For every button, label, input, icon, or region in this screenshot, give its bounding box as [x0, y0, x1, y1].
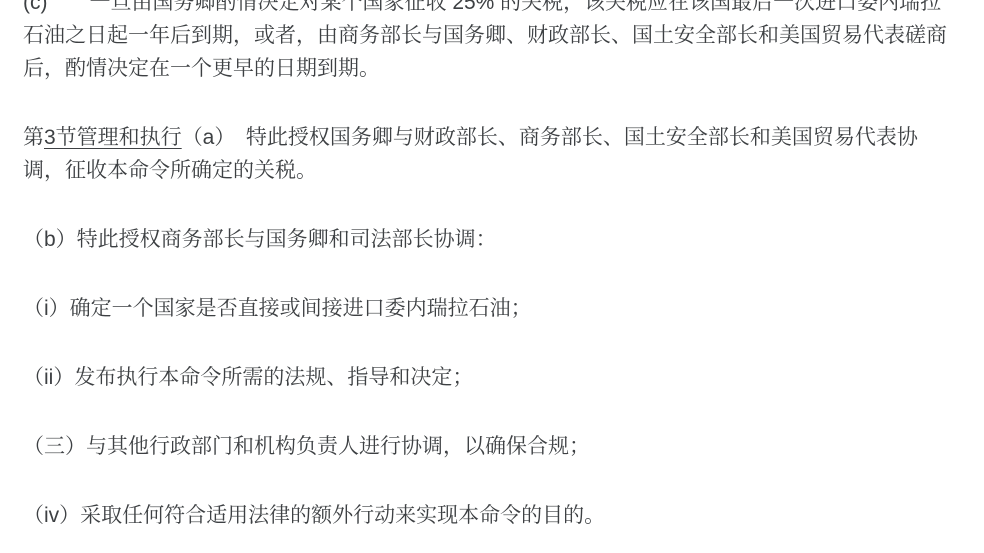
- paragraph-clause-c: (c) 一旦由国务卿酌情决定对某个国家征收 25% 的关税，该关税应在该国最后一…: [23, 0, 959, 85]
- paragraph-section-3: 第3节管理和执行（a） 特此授权国务卿与财政部长、商务部长、国土安全部长和美国贸…: [23, 121, 959, 187]
- clause-b-text: （b）特此授权商务部长与国务卿和司法部长协调：: [23, 228, 497, 251]
- paragraph-item-iv: （iv）采取任何符合适用法律的额外行动来实现本命令的目的。: [23, 499, 959, 532]
- item-i-text: （i）确定一个国家是否直接或间接进口委内瑞拉石油；: [23, 297, 532, 320]
- section-3-underlined-heading: 3节管理和执行: [44, 126, 182, 149]
- paragraph-clause-b: （b）特此授权商务部长与国务卿和司法部长协调：: [23, 223, 959, 256]
- paragraph-item-iii: （三）与其他行政部门和机构负责人进行协调，以确保合规；: [23, 430, 959, 463]
- paragraph-item-ii: （ii）发布执行本命令所需的法规、指导和决定；: [23, 361, 959, 394]
- paragraph-item-i: （i）确定一个国家是否直接或间接进口委内瑞拉石油；: [23, 292, 959, 325]
- item-ii-text: （ii）发布执行本命令所需的法规、指导和决定；: [23, 366, 473, 389]
- item-iv-text: （iv）采取任何符合适用法律的额外行动来实现本命令的目的。: [23, 504, 605, 527]
- clause-c-text: (c) 一旦由国务卿酌情决定对某个国家征收 25% 的关税，该关税应在该国最后一…: [23, 0, 947, 80]
- item-iii-text: （三）与其他行政部门和机构负责人进行协调，以确保合规；: [23, 435, 590, 458]
- section-3-prefix: 第: [23, 126, 44, 149]
- document-text: (c) 一旦由国务卿酌情决定对某个国家征收 25% 的关税，该关税应在该国最后一…: [0, 0, 984, 532]
